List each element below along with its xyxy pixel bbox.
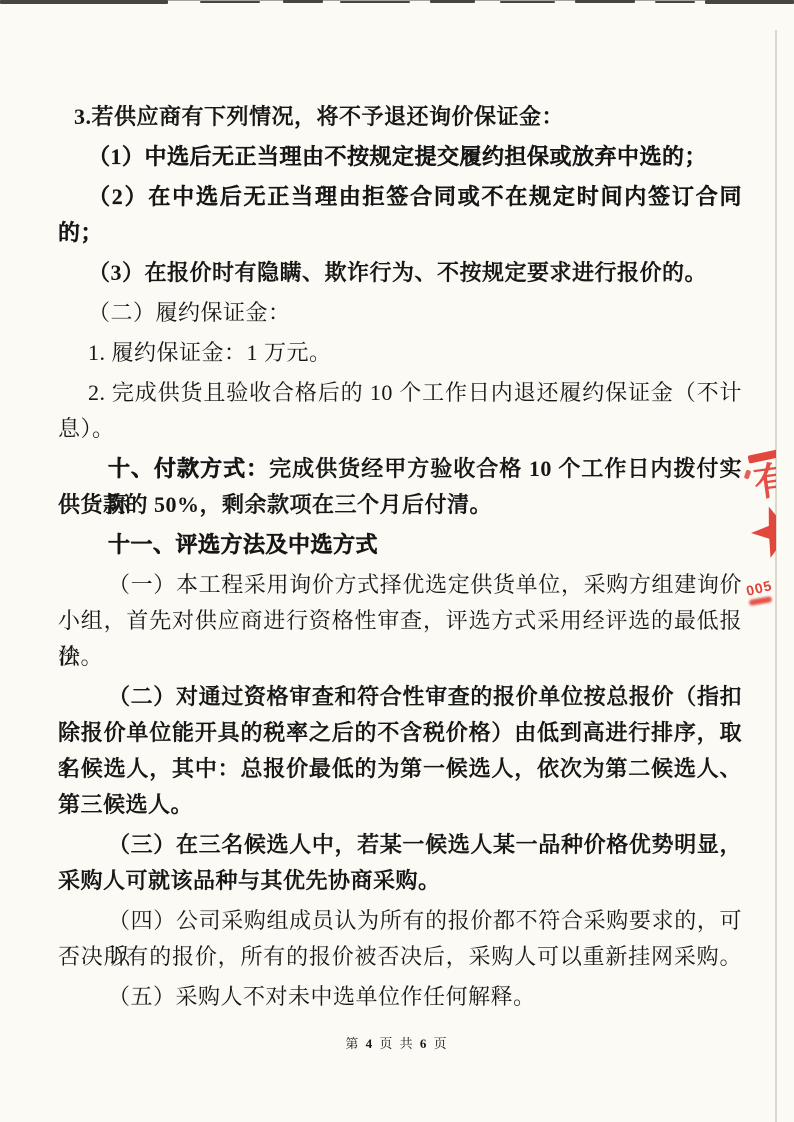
text-line: （五）采购人不对未中选单位作任何解释。 [58, 979, 742, 1015]
text-line: 否决所有的报价，所有的报价被否决后，采购人可以重新挂网采购。 [58, 939, 742, 975]
text-run: 的； [58, 220, 103, 245]
text-run: 页 [428, 1036, 448, 1051]
text-run: （五）采购人不对未中选单位作任何解释。 [108, 984, 536, 1009]
text-run: 息）。 [58, 416, 115, 441]
text-line: （四）公司采购组成员认为所有的报价都不符合采购要求的，可以 [58, 903, 742, 939]
text-run: （二）对通过资格审查和符合性审查的报价单位按总报价（指扣 [108, 684, 742, 709]
scan-artifact-segment [0, 0, 168, 4]
text-run: 供货款的 50%，剩余款项在三个月后付清。 [58, 492, 492, 517]
text-run: 采购人可就该品种与其优先协商采购。 [58, 868, 441, 893]
scan-artifact-segment [575, 0, 635, 3]
text-line: 第三候选人。 [58, 787, 742, 823]
text-run: 第 [345, 1036, 365, 1051]
text-run: 十、付款方式： [108, 456, 269, 481]
text-run: （3）在报价时有隐瞒、欺诈行为、不按规定要求进行报价的。 [88, 260, 707, 285]
star-icon [742, 496, 776, 568]
text-run: （三）在三名候选人中，若某一候选人某一品种价格优势明显， [108, 832, 742, 857]
text-line: 名候选人，其中：总报价最低的为第一候选人，依次为第二候选人、 [58, 751, 742, 787]
text-line: （一）本工程采用询价方式择优选定供货单位，采购方组建询价 [58, 567, 742, 603]
text-run: （二）履约保证金： [88, 300, 291, 325]
text-line: 小组，首先对供应商进行资格性审查，评选方式采用经评选的最低报价 [58, 603, 742, 639]
paragraph: 2. 完成供货且验收合格后的 10 个工作日内退还履约保证金（不计息）。 [58, 375, 742, 447]
official-stamp-fragment: 有 005 [740, 440, 776, 620]
text-line: 法。 [58, 639, 742, 675]
text-line: （二）履约保证金： [58, 295, 742, 331]
scan-artifact-segment [705, 0, 794, 4]
paragraph: （一）本工程采用询价方式择优选定供货单位，采购方组建询价小组，首先对供应商进行资… [58, 567, 742, 675]
text-line: （二）对通过资格审查和符合性审查的报价单位按总报价（指扣 [58, 679, 742, 715]
text-run: （一）本工程采用询价方式择优选定供货单位，采购方组建询价 [108, 572, 742, 597]
paragraph: （3）在报价时有隐瞒、欺诈行为、不按规定要求进行报价的。 [58, 255, 742, 291]
text-line: 2. 完成供货且验收合格后的 10 个工作日内退还履约保证金（不计 [58, 375, 742, 411]
text-line: 3.若供应商有下列情况，将不予退还询价保证金： [58, 99, 742, 135]
text-line: 采购人可就该品种与其优先协商采购。 [58, 863, 742, 899]
paragraph: 3.若供应商有下列情况，将不予退还询价保证金： [58, 99, 742, 135]
text-run: 4 [366, 1036, 375, 1051]
text-line: 息）。 [58, 411, 742, 447]
paragraph: （1）中选后无正当理由不按规定提交履约担保或放弃中选的； [58, 139, 742, 175]
text-run: 十一、评选方法及中选方式 [108, 532, 378, 557]
scan-artifact-segment [283, 0, 323, 3]
scan-artifact-segment [430, 0, 475, 3]
text-run: 1. 履约保证金：1 万元。 [88, 340, 332, 365]
paragraph: 十、付款方式：完成供货经甲方验收合格 10 个工作日内拨付实际供货款的 50%，… [58, 451, 742, 523]
text-run: 名候选人，其中：总报价最低的为第一候选人，依次为第二候选人、 [58, 756, 742, 781]
text-line: （2）在中选后无正当理由拒签合同或不在规定时间内签订合同 [58, 179, 742, 215]
paragraph: （二）履约保证金： [58, 295, 742, 331]
text-run: 页 共 [374, 1036, 420, 1051]
text-run: 否决所有的报价，所有的报价被否决后，采购人可以重新挂网采购。 [58, 944, 742, 969]
text-line: 十、付款方式：完成供货经甲方验收合格 10 个工作日内拨付实际 [58, 451, 742, 487]
paragraph: （四）公司采购组成员认为所有的报价都不符合采购要求的，可以否决所有的报价，所有的… [58, 903, 742, 975]
text-line: （1）中选后无正当理由不按规定提交履约担保或放弃中选的； [58, 139, 742, 175]
paragraph: （三）在三名候选人中，若某一候选人某一品种价格优势明显，采购人可就该品种与其优先… [58, 827, 742, 899]
scan-artifact-segment [655, 1, 695, 3]
text-line: 除报价单位能开具的税率之后的不含税价格）由低到高进行排序，取 3 [58, 715, 742, 751]
scanned-page: 3.若供应商有下列情况，将不予退还询价保证金：（1）中选后无正当理由不按规定提交… [0, 0, 794, 1122]
paragraph: 十一、评选方法及中选方式 [58, 527, 742, 563]
stamp-character: 有 [751, 460, 776, 505]
text-line: 十一、评选方法及中选方式 [58, 527, 742, 563]
scan-artifact-segment [340, 1, 410, 3]
paragraph: （2）在中选后无正当理由拒签合同或不在规定时间内签订合同的； [58, 179, 742, 251]
text-run: 第三候选人。 [58, 792, 193, 817]
paragraph: （二）对通过资格审查和符合性审查的报价单位按总报价（指扣除报价单位能开具的税率之… [58, 679, 742, 823]
text-line: 1. 履约保证金：1 万元。 [58, 335, 742, 371]
scan-artifact-top [0, 0, 794, 6]
text-line: 的； [58, 215, 742, 251]
text-run: （1）中选后无正当理由不按规定提交履约担保或放弃中选的； [88, 144, 707, 169]
paragraph: （五）采购人不对未中选单位作任何解释。 [58, 979, 742, 1015]
document-body: 3.若供应商有下列情况，将不予退还询价保证金：（1）中选后无正当理由不按规定提交… [58, 99, 742, 1015]
text-run: 2. 完成供货且验收合格后的 10 个工作日内退还履约保证金（不计 [88, 380, 742, 405]
paragraph: 1. 履约保证金：1 万元。 [58, 335, 742, 371]
scan-artifact-segment [500, 1, 555, 3]
page-footer: 第 4 页 共 6 页 [0, 1034, 794, 1054]
text-run: （2）在中选后无正当理由拒签合同或不在规定时间内签订合同 [88, 184, 742, 209]
text-line: （3）在报价时有隐瞒、欺诈行为、不按规定要求进行报价的。 [58, 255, 742, 291]
scan-artifact-segment [200, 1, 260, 3]
text-run: 法。 [58, 644, 103, 669]
text-line: 供货款的 50%，剩余款项在三个月后付清。 [58, 487, 742, 523]
page-number-text: 第 4 页 共 6 页 [345, 1034, 448, 1054]
text-run: 3.若供应商有下列情况，将不予退还询价保证金： [74, 104, 564, 129]
text-line: （三）在三名候选人中，若某一候选人某一品种价格优势明显， [58, 827, 742, 863]
stamp-stroke [744, 469, 752, 479]
